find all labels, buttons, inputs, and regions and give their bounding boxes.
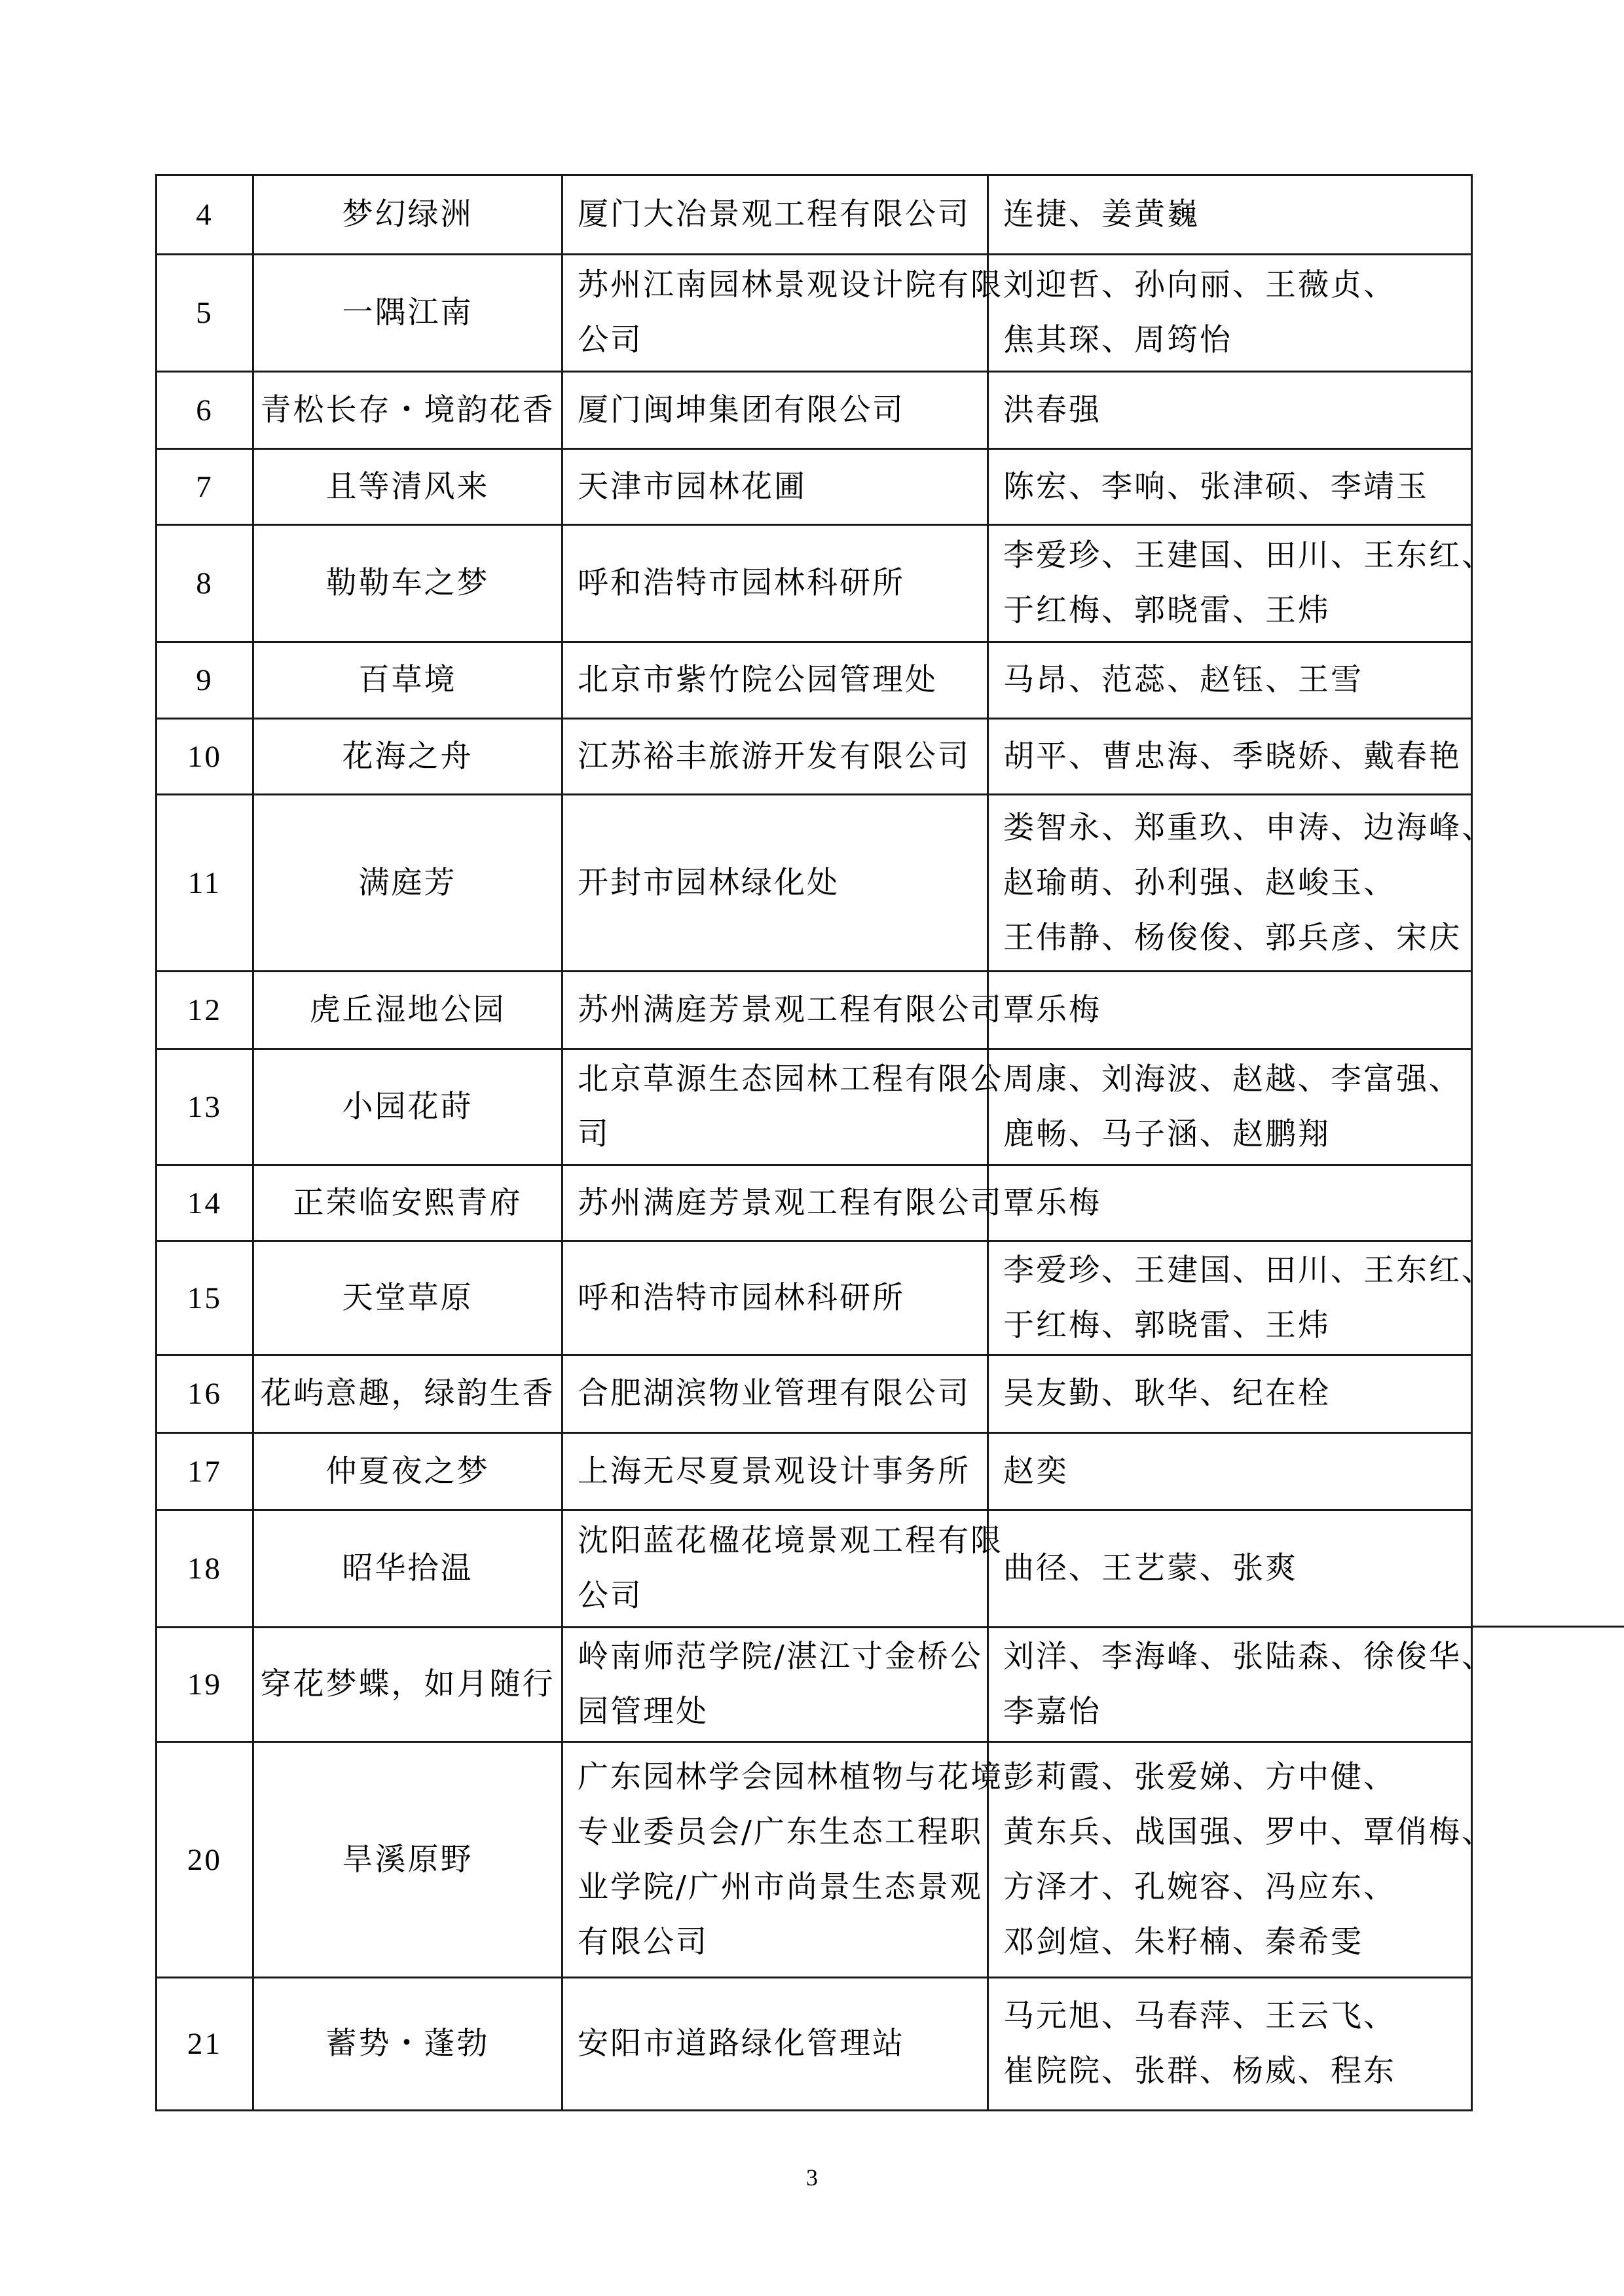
cell-work-title-line: 梦幻绿洲: [254, 187, 561, 242]
cell-work-title-line: 旱溪原野: [254, 1832, 561, 1887]
cell-work-title: 一隅江南: [253, 255, 563, 372]
cell-organization: 合肥湖滨物业管理有限公司: [563, 1355, 988, 1433]
cell-designers-line: 刘洋、李海峰、张陆森、徐俊华、: [1003, 1630, 1464, 1685]
cell-organization-line: 苏州江南园林景观设计院有限: [578, 258, 980, 313]
cell-work-title-line: 小园花莳: [254, 1080, 561, 1135]
cell-serial-number: 6: [157, 372, 253, 449]
cell-work-title-line: 一隅江南: [254, 285, 561, 340]
cell-work-title: 百草境: [253, 642, 563, 719]
cell-work-title-line: 花海之舟: [254, 729, 561, 784]
cell-serial-number: 19: [157, 1628, 253, 1742]
cell-designers-line: 于红梅、郭晓雷、王炜: [1003, 1298, 1464, 1353]
cell-serial-number: 20: [157, 1742, 253, 1978]
cell-organization-line: 园管理处: [578, 1685, 980, 1740]
table-row: 17仲夏夜之梦上海无尽夏景观设计事务所赵奕: [157, 1433, 1472, 1510]
cell-work-title-line: 天堂草原: [254, 1271, 561, 1326]
cell-serial-number: 21: [157, 1978, 253, 2111]
cell-designers: 曲径、王艺蒙、张爽: [988, 1510, 1472, 1628]
cell-designers-line: 刘迎哲、孙向丽、王薇贞、: [1003, 258, 1464, 313]
cell-organization-line: 上海无尽夏景观设计事务所: [578, 1444, 980, 1499]
cell-work-title-line: 蓄势・蓬勃: [254, 2016, 561, 2071]
cell-serial-number: 8: [157, 525, 253, 642]
table-row: 16花屿意趣，绿韵生香合肥湖滨物业管理有限公司吴友勤、耿华、纪在栓: [157, 1355, 1472, 1433]
cell-designers: 周康、刘海波、赵越、李富强、鹿畅、马子涵、赵鹏翔: [988, 1049, 1472, 1165]
cell-organization-line: 合肥湖滨物业管理有限公司: [578, 1366, 980, 1421]
cell-designers-line: 马元旭、马春萍、王云飞、: [1003, 1989, 1464, 2044]
cell-serial-number: 10: [157, 719, 253, 795]
cell-work-title: 青松长存・境韵花香: [253, 372, 563, 449]
table-row: 6青松长存・境韵花香厦门闽坤集团有限公司洪春强: [157, 372, 1472, 449]
cell-designers: 覃乐梅: [988, 972, 1472, 1049]
table-body: 4梦幻绿洲厦门大冶景观工程有限公司连捷、姜黄巍5一隅江南苏州江南园林景观设计院有…: [157, 175, 1472, 2111]
cell-designers-line: 李爱珍、王建国、田川、王东红、: [1003, 528, 1464, 583]
cell-designers: 马元旭、马春萍、王云飞、崔院院、张群、杨威、程东: [988, 1978, 1472, 2111]
cell-designers: 李爱珍、王建国、田川、王东红、于红梅、郭晓雷、王炜: [988, 1241, 1472, 1355]
cell-work-title: 蓄势・蓬勃: [253, 1978, 563, 2111]
cell-organization-line: 安阳市道路绿化管理站: [578, 2016, 980, 2071]
cell-serial-number: 4: [157, 175, 253, 255]
cell-designers-line: 崔院院、张群、杨威、程东: [1003, 2044, 1464, 2099]
cell-designers-line: 李嘉怡: [1003, 1685, 1464, 1740]
cell-organization-line: 公司: [578, 313, 980, 368]
table-row: 18昭华拾温沈阳蓝花楹花境景观工程有限公司曲径、王艺蒙、张爽: [157, 1510, 1472, 1628]
cell-organization: 呼和浩特市园林科研所: [563, 525, 988, 642]
cell-designers: 洪春强: [988, 372, 1472, 449]
cell-designers: 胡平、曹忠海、季晓娇、戴春艳: [988, 719, 1472, 795]
table-row: 7且等清风来天津市园林花圃陈宏、李响、张津硕、李靖玉: [157, 449, 1472, 525]
cell-designers: 刘洋、李海峰、张陆森、徐俊华、李嘉怡: [988, 1628, 1472, 1742]
cell-designers-line: 洪春强: [1003, 383, 1464, 438]
cell-designers-line: 曲径、王艺蒙、张爽: [1003, 1541, 1464, 1596]
cell-organization: 北京市紫竹院公园管理处: [563, 642, 988, 719]
cell-organization: 安阳市道路绿化管理站: [563, 1978, 988, 2111]
cell-work-title: 小园花莳: [253, 1049, 563, 1165]
cell-organization: 苏州满庭芳景观工程有限公司: [563, 1165, 988, 1241]
table-row: 5一隅江南苏州江南园林景观设计院有限公司刘迎哲、孙向丽、王薇贞、焦其琛、周筠怡: [157, 255, 1472, 372]
cell-organization-line: 北京市紫竹院公园管理处: [578, 653, 980, 708]
cell-organization: 厦门大冶景观工程有限公司: [563, 175, 988, 255]
cell-serial-number: 15: [157, 1241, 253, 1355]
cell-work-title: 仲夏夜之梦: [253, 1433, 563, 1510]
cell-organization-line: 司: [578, 1107, 980, 1162]
cell-organization: 苏州江南园林景观设计院有限公司: [563, 255, 988, 372]
cell-designers-line: 覃乐梅: [1003, 1176, 1464, 1231]
document-page: 4梦幻绿洲厦门大冶景观工程有限公司连捷、姜黄巍5一隅江南苏州江南园林景观设计院有…: [0, 0, 1624, 2296]
cell-designers-line: 王伟静、杨俊俊、郭兵彦、宋庆: [1003, 911, 1464, 966]
cell-designers: 李爱珍、王建国、田川、王东红、于红梅、郭晓雷、王炜: [988, 525, 1472, 642]
cell-designers: 娄智永、郑重玖、申涛、边海峰、赵瑜萌、孙利强、赵峻玉、王伟静、杨俊俊、郭兵彦、宋…: [988, 795, 1472, 972]
table-row: 21蓄势・蓬勃安阳市道路绿化管理站马元旭、马春萍、王云飞、崔院院、张群、杨威、程…: [157, 1978, 1472, 2111]
cell-designers-line: 覃乐梅: [1003, 983, 1464, 1038]
cell-organization-line: 专业委员会/广东生态工程职: [578, 1805, 980, 1860]
cell-organization: 江苏裕丰旅游开发有限公司: [563, 719, 988, 795]
cell-designers-line: 李爱珍、王建国、田川、王东红、: [1003, 1243, 1464, 1298]
cell-organization-line: 北京草源生态园林工程有限公: [578, 1052, 980, 1107]
cell-designers-line: 黄东兵、战国强、罗中、覃俏梅、: [1003, 1805, 1464, 1860]
cell-work-title: 虎丘湿地公园: [253, 972, 563, 1049]
cell-designers-line: 吴友勤、耿华、纪在栓: [1003, 1366, 1464, 1421]
cell-designers-line: 邓剑煊、朱籽楠、秦希雯: [1003, 1915, 1464, 1970]
cell-organization: 开封市园林绿化处: [563, 795, 988, 972]
cell-organization: 上海无尽夏景观设计事务所: [563, 1433, 988, 1510]
cell-work-title: 花屿意趣，绿韵生香: [253, 1355, 563, 1433]
cell-work-title-line: 花屿意趣，绿韵生香: [254, 1366, 561, 1421]
cell-work-title-line: 虎丘湿地公园: [254, 983, 561, 1038]
table-row: 14正荣临安熙青府苏州满庭芳景观工程有限公司覃乐梅: [157, 1165, 1472, 1241]
cell-organization: 广东园林学会园林植物与花境专业委员会/广东生态工程职业学院/广州市尚景生态景观有…: [563, 1742, 988, 1978]
cell-serial-number: 14: [157, 1165, 253, 1241]
cell-work-title: 且等清风来: [253, 449, 563, 525]
table-row: 19穿花梦蝶，如月随行岭南师范学院/湛江寸金桥公园管理处刘洋、李海峰、张陆森、徐…: [157, 1628, 1472, 1742]
cell-designers: 彭莉霞、张爱娣、方中健、黄东兵、战国强、罗中、覃俏梅、方泽才、孔婉容、冯应东、邓…: [988, 1742, 1472, 1978]
cell-designers: 吴友勤、耿华、纪在栓: [988, 1355, 1472, 1433]
cell-work-title-line: 正荣临安熙青府: [254, 1176, 561, 1231]
cell-serial-number: 17: [157, 1433, 253, 1510]
cell-work-title-line: 勒勒车之梦: [254, 556, 561, 611]
cell-organization-line: 广东园林学会园林植物与花境: [578, 1750, 980, 1805]
table-row: 8勒勒车之梦呼和浩特市园林科研所李爱珍、王建国、田川、王东红、于红梅、郭晓雷、王…: [157, 525, 1472, 642]
cell-serial-number: 7: [157, 449, 253, 525]
cell-designers: 陈宏、李响、张津硕、李靖玉: [988, 449, 1472, 525]
cell-work-title: 梦幻绿洲: [253, 175, 563, 255]
cell-organization: 苏州满庭芳景观工程有限公司: [563, 972, 988, 1049]
cell-work-title-line: 穿花梦蝶，如月随行: [254, 1657, 561, 1712]
cell-designers-line: 胡平、曹忠海、季晓娇、戴春艳: [1003, 729, 1464, 784]
cell-organization-line: 苏州满庭芳景观工程有限公司: [578, 1176, 980, 1231]
stray-horizontal-rule: [1471, 1626, 1624, 1628]
cell-organization: 沈阳蓝花楹花境景观工程有限公司: [563, 1510, 988, 1628]
cell-designers-line: 娄智永、郑重玖、申涛、边海峰、: [1003, 801, 1464, 856]
cell-designers-line: 赵奕: [1003, 1444, 1464, 1499]
cell-work-title: 勒勒车之梦: [253, 525, 563, 642]
cell-work-title: 花海之舟: [253, 719, 563, 795]
table-row: 13小园花莳北京草源生态园林工程有限公司周康、刘海波、赵越、李富强、鹿畅、马子涵…: [157, 1049, 1472, 1165]
cell-organization: 呼和浩特市园林科研所: [563, 1241, 988, 1355]
cell-work-title: 穿花梦蝶，如月随行: [253, 1628, 563, 1742]
cell-work-title: 满庭芳: [253, 795, 563, 972]
cell-organization-line: 岭南师范学院/湛江寸金桥公: [578, 1630, 980, 1685]
cell-serial-number: 13: [157, 1049, 253, 1165]
cell-organization: 北京草源生态园林工程有限公司: [563, 1049, 988, 1165]
table-row: 20旱溪原野广东园林学会园林植物与花境专业委员会/广东生态工程职业学院/广州市尚…: [157, 1742, 1472, 1978]
cell-work-title: 正荣临安熙青府: [253, 1165, 563, 1241]
cell-serial-number: 11: [157, 795, 253, 972]
cell-designers-line: 彭莉霞、张爱娣、方中健、: [1003, 1750, 1464, 1805]
table-row: 4梦幻绿洲厦门大冶景观工程有限公司连捷、姜黄巍: [157, 175, 1472, 255]
cell-serial-number: 5: [157, 255, 253, 372]
table-row: 9百草境北京市紫竹院公园管理处马昂、范蕊、赵钰、王雪: [157, 642, 1472, 719]
cell-organization-line: 江苏裕丰旅游开发有限公司: [578, 729, 980, 784]
cell-organization: 岭南师范学院/湛江寸金桥公园管理处: [563, 1628, 988, 1742]
cell-designers-line: 马昂、范蕊、赵钰、王雪: [1003, 653, 1464, 708]
cell-designers-line: 方泽才、孔婉容、冯应东、: [1003, 1860, 1464, 1915]
cell-serial-number: 9: [157, 642, 253, 719]
cell-work-title-line: 且等清风来: [254, 460, 561, 515]
cell-designers-line: 鹿畅、马子涵、赵鹏翔: [1003, 1107, 1464, 1162]
cell-work-title-line: 仲夏夜之梦: [254, 1444, 561, 1499]
award-table: 4梦幻绿洲厦门大冶景观工程有限公司连捷、姜黄巍5一隅江南苏州江南园林景观设计院有…: [155, 174, 1473, 2111]
cell-organization-line: 沈阳蓝花楹花境景观工程有限: [578, 1514, 980, 1569]
cell-work-title: 天堂草原: [253, 1241, 563, 1355]
cell-designers-line: 焦其琛、周筠怡: [1003, 313, 1464, 368]
cell-work-title-line: 青松长存・境韵花香: [254, 383, 561, 438]
cell-serial-number: 16: [157, 1355, 253, 1433]
table-row: 15天堂草原呼和浩特市园林科研所李爱珍、王建国、田川、王东红、于红梅、郭晓雷、王…: [157, 1241, 1472, 1355]
cell-work-title-line: 百草境: [254, 653, 561, 708]
cell-serial-number: 18: [157, 1510, 253, 1628]
cell-organization-line: 公司: [578, 1569, 980, 1624]
cell-designers: 连捷、姜黄巍: [988, 175, 1472, 255]
cell-serial-number: 12: [157, 972, 253, 1049]
cell-work-title: 昭华拾温: [253, 1510, 563, 1628]
table-row: 12虎丘湿地公园苏州满庭芳景观工程有限公司覃乐梅: [157, 972, 1472, 1049]
table-row: 11满庭芳开封市园林绿化处娄智永、郑重玖、申涛、边海峰、赵瑜萌、孙利强、赵峻玉、…: [157, 795, 1472, 972]
cell-designers-line: 陈宏、李响、张津硕、李靖玉: [1003, 460, 1464, 515]
cell-organization-line: 厦门闽坤集团有限公司: [578, 383, 980, 438]
cell-designers: 刘迎哲、孙向丽、王薇贞、焦其琛、周筠怡: [988, 255, 1472, 372]
cell-organization-line: 天津市园林花圃: [578, 460, 980, 515]
page-number: 3: [0, 2164, 1624, 2191]
cell-organization-line: 呼和浩特市园林科研所: [578, 556, 980, 611]
cell-designers-line: 赵瑜萌、孙利强、赵峻玉、: [1003, 856, 1464, 911]
cell-organization-line: 有限公司: [578, 1915, 980, 1970]
cell-organization-line: 开封市园林绿化处: [578, 856, 980, 911]
cell-work-title-line: 满庭芳: [254, 856, 561, 911]
cell-work-title-line: 昭华拾温: [254, 1541, 561, 1596]
cell-work-title: 旱溪原野: [253, 1742, 563, 1978]
cell-designers-line: 周康、刘海波、赵越、李富强、: [1003, 1052, 1464, 1107]
cell-designers: 马昂、范蕊、赵钰、王雪: [988, 642, 1472, 719]
cell-designers: 覃乐梅: [988, 1165, 1472, 1241]
cell-designers-line: 连捷、姜黄巍: [1003, 187, 1464, 242]
cell-designers: 赵奕: [988, 1433, 1472, 1510]
cell-organization-line: 苏州满庭芳景观工程有限公司: [578, 983, 980, 1038]
cell-organization-line: 业学院/广州市尚景生态景观: [578, 1860, 980, 1915]
cell-organization: 天津市园林花圃: [563, 449, 988, 525]
cell-organization: 厦门闽坤集团有限公司: [563, 372, 988, 449]
cell-organization-line: 厦门大冶景观工程有限公司: [578, 187, 980, 242]
cell-designers-line: 于红梅、郭晓雷、王炜: [1003, 583, 1464, 638]
cell-organization-line: 呼和浩特市园林科研所: [578, 1271, 980, 1326]
table-row: 10花海之舟江苏裕丰旅游开发有限公司胡平、曹忠海、季晓娇、戴春艳: [157, 719, 1472, 795]
